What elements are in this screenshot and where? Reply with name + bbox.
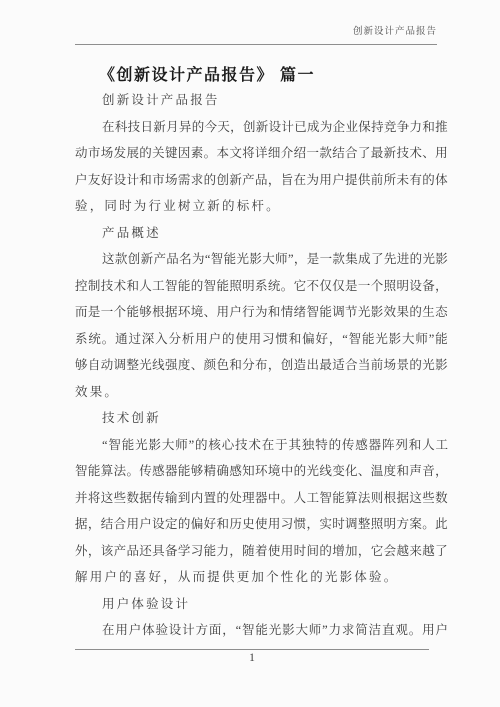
document-body: 创新设计产品报告在科技日新月异的今天，创新设计已成为企业保持竞争力和推动市场发展… (75, 87, 448, 644)
page-number: 1 (75, 652, 429, 664)
text-line: 而是一个能够根据环境、用户行为和情绪智能调节光影效果的生态 (75, 299, 448, 326)
text-line: 户友好设计和市场需求的创新产品，旨在为用户提供前所未有的体 (75, 167, 448, 194)
heading-line: 用户体验设计 (75, 591, 448, 618)
text-line: 并将这些数据传输到内置的处理器中。人工智能算法则根据这些数 (75, 485, 448, 512)
text-line: 智能算法。传感器能够精确感知环境中的光线变化、温度和声音， (75, 458, 448, 485)
text-line: 验，同时为行业树立新的标杆。 (75, 193, 448, 220)
header-rule (75, 44, 437, 45)
footer-rule (75, 649, 429, 650)
text-line: 系统。通过深入分析用户的使用习惯和偏好，“智能光影大师”能 (75, 326, 448, 353)
document-page: 创新设计产品报告 《创新设计产品报告》 篇一 创新设计产品报告在科技日新月异的今… (0, 0, 500, 707)
text-line: 解用户的喜好，从而提供更加个性化的光影体验。 (75, 564, 448, 591)
text-line: 效果。 (75, 379, 448, 406)
heading-line: 技术创新 (75, 405, 448, 432)
heading-line: 创新设计产品报告 (75, 87, 448, 114)
text-line: “智能光影大师”的核心技术在于其独特的传感器阵列和人工 (75, 432, 448, 459)
text-line: 在用户体验设计方面，“智能光影大师”力求简洁直观。用户 (75, 617, 448, 644)
text-line: 据，结合用户设定的偏好和历史使用习惯，实时调整照明方案。此 (75, 511, 448, 538)
text-line: 外，该产品还具备学习能力，随着使用时间的增加，它会越来越了 (75, 538, 448, 565)
heading-line: 产品概述 (75, 220, 448, 247)
text-line: 在科技日新月异的今天，创新设计已成为企业保持竞争力和推 (75, 114, 448, 141)
page-title: 《创新设计产品报告》 篇一 (99, 62, 315, 85)
running-header: 创新设计产品报告 (0, 23, 437, 37)
text-line: 够自动调整光线强度、颜色和分布，创造出最适合当前场景的光影 (75, 352, 448, 379)
text-line: 控制技术和人工智能的智能照明系统。它不仅仅是一个照明设备， (75, 273, 448, 300)
text-line: 这款创新产品名为“智能光影大师”，是一款集成了先进的光影 (75, 246, 448, 273)
text-line: 动市场发展的关键因素。本文将详细介绍一款结合了最新技术、用 (75, 140, 448, 167)
